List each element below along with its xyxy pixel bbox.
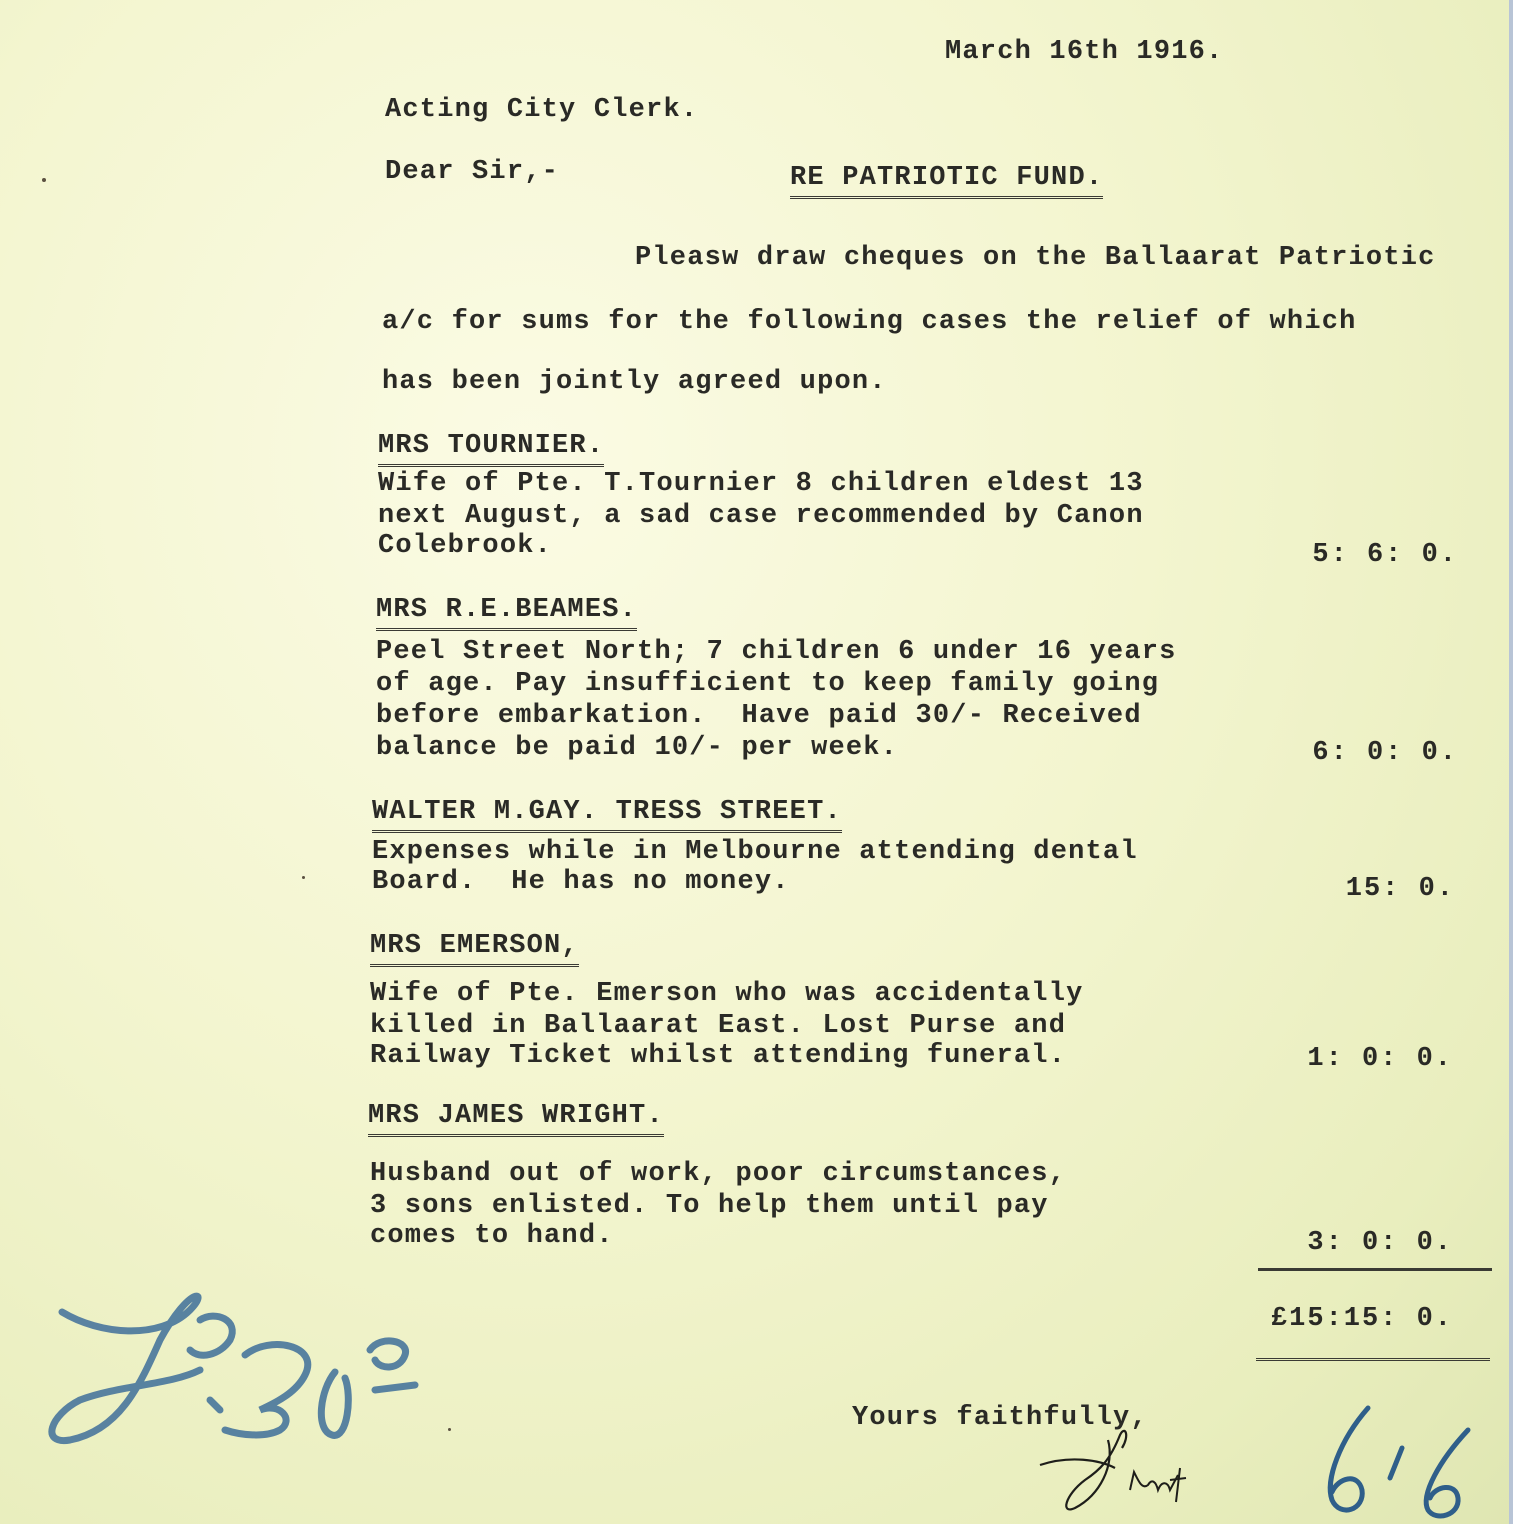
paper-speck (302, 876, 305, 879)
case-amount: 5: 6: 0. (1312, 540, 1458, 570)
case-line: Railway Ticket whilst attending funeral. (370, 1040, 1066, 1072)
total-rule-bottom (1256, 1358, 1490, 1364)
case-name: MRS EMERSON, (370, 930, 579, 967)
case-line: before embarkation. Have paid 30/- Recei… (376, 700, 1142, 732)
handwritten-folio-icon (1310, 1400, 1490, 1524)
paper-speck (42, 178, 46, 182)
case-line: Expenses while in Melbourne attending de… (372, 836, 1138, 868)
case-name: MRS JAMES WRIGHT. (368, 1100, 664, 1137)
case-line: Peel Street North; 7 children 6 under 16… (376, 636, 1177, 668)
total-amount: £15:15: 0. (1271, 1304, 1453, 1334)
total-rule-top (1258, 1268, 1492, 1271)
case-line: of age. Pay insufficient to keep family … (376, 668, 1159, 700)
case-line: balance be paid 10/- per week. (376, 732, 898, 764)
case-line: Husband out of work, poor circumstances, (370, 1158, 1066, 1190)
letter-date: March 16th 1916. (945, 36, 1223, 68)
case-line: Wife of Pte. T.Tournier 8 children eldes… (378, 468, 1144, 500)
case-line: Wife of Pte. Emerson who was accidentall… (370, 978, 1084, 1010)
case-line: comes to hand. (370, 1220, 614, 1252)
scan-edge-strip (1509, 0, 1513, 1524)
case-line: Colebrook. (378, 530, 552, 562)
signature-icon (1030, 1420, 1220, 1520)
body-line: has been jointly agreed upon. (382, 366, 887, 398)
case-line: killed in Ballaarat East. Lost Purse and (370, 1010, 1066, 1042)
case-line: next August, a sad case recommended by C… (378, 500, 1144, 532)
handwritten-amount-icon (40, 1290, 420, 1450)
case-amount: 6: 0: 0. (1312, 738, 1458, 768)
case-line: Board. He has no money. (372, 866, 790, 898)
case-line: 3 sons enlisted. To help them until pay (370, 1190, 1049, 1222)
paper-speck (448, 1428, 451, 1431)
recipient: Acting City Clerk. (385, 94, 698, 126)
body-line: Pleasw draw cheques on the Ballaarat Pat… (635, 242, 1436, 274)
subject-heading: RE PATRIOTIC FUND. (790, 162, 1103, 199)
salutation: Dear Sir,- (385, 156, 559, 188)
case-amount: 3: 0: 0. (1307, 1228, 1453, 1258)
case-name: MRS TOURNIER. (378, 430, 604, 467)
case-name: WALTER M.GAY. TRESS STREET. (372, 796, 842, 833)
body-line: a/c for sums for the following cases the… (382, 306, 1357, 338)
case-amount: 15: 0. (1346, 874, 1455, 904)
case-name: MRS R.E.BEAMES. (376, 594, 637, 631)
case-amount: 1: 0: 0. (1307, 1044, 1453, 1074)
